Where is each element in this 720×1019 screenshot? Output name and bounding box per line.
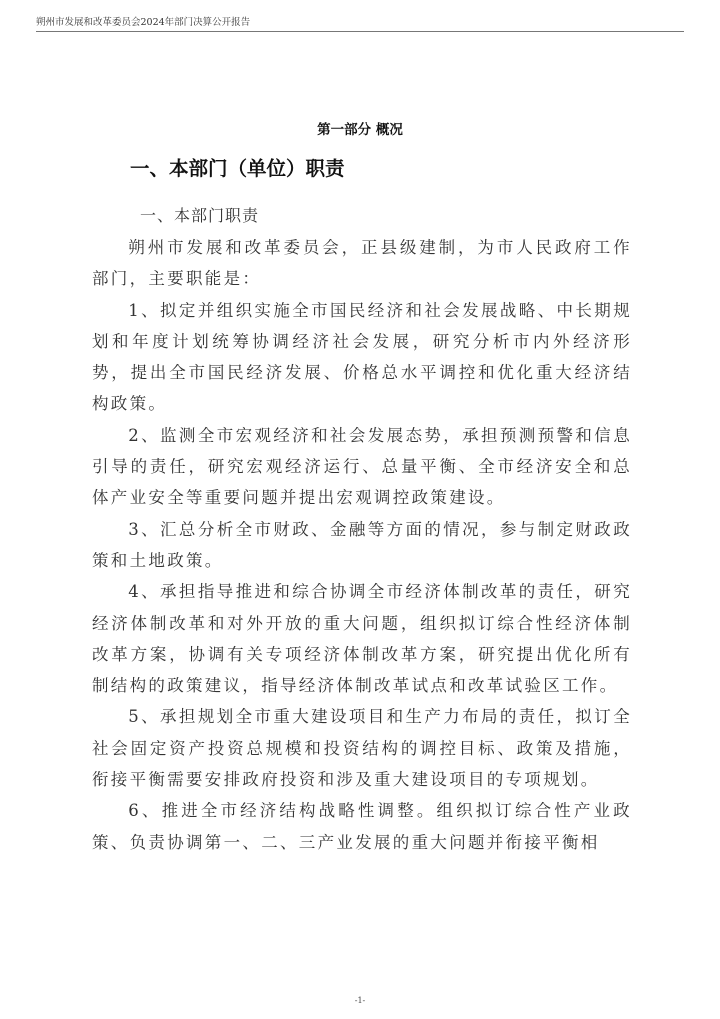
paragraph-intro: 朔州市发展和改革委员会，正县级建制，为市人民政府工作部门，主要职能是： bbox=[92, 232, 632, 295]
paragraph-duty-2: 2、监测全市宏观经济和社会发展态势，承担预测预警和信息引导的责任，研究宏观经济运… bbox=[92, 420, 632, 514]
page-number: -1- bbox=[0, 996, 720, 1005]
running-header: 朔州市发展和改革委员会2024年部门决算公开报告 bbox=[36, 14, 684, 32]
section-title: 一、本部门（单位）职责 bbox=[130, 153, 345, 181]
sub-title: 一、本部门职责 bbox=[140, 203, 259, 226]
running-header-title: 朔州市发展和改革委员会2024年部门决算公开报告 bbox=[36, 17, 250, 28]
body-text: 朔州市发展和改革委员会，正县级建制，为市人民政府工作部门，主要职能是： 1、拟定… bbox=[92, 232, 632, 858]
paragraph-duty-6: 6、推进全市经济结构战略性调整。组织拟订综合性产业政策、负责协调第一、二、三产业… bbox=[92, 795, 632, 858]
paragraph-duty-3: 3、汇总分析全市财政、金融等方面的情况，参与制定财政政策和土地政策。 bbox=[92, 514, 632, 577]
paragraph-duty-1: 1、拟定并组织实施全市国民经济和社会发展战略、中长期规划和年度计划统筹协调经济社… bbox=[92, 295, 632, 420]
paragraph-duty-5: 5、承担规划全市重大建设项目和生产力布局的责任，拟订全社会固定资产投资总规模和投… bbox=[92, 701, 632, 795]
paragraph-duty-4: 4、承担指导推进和综合协调全市经济体制改革的责任，研究经济体制改革和对外开放的重… bbox=[92, 576, 632, 701]
part-title: 第一部分 概况 bbox=[0, 118, 720, 138]
